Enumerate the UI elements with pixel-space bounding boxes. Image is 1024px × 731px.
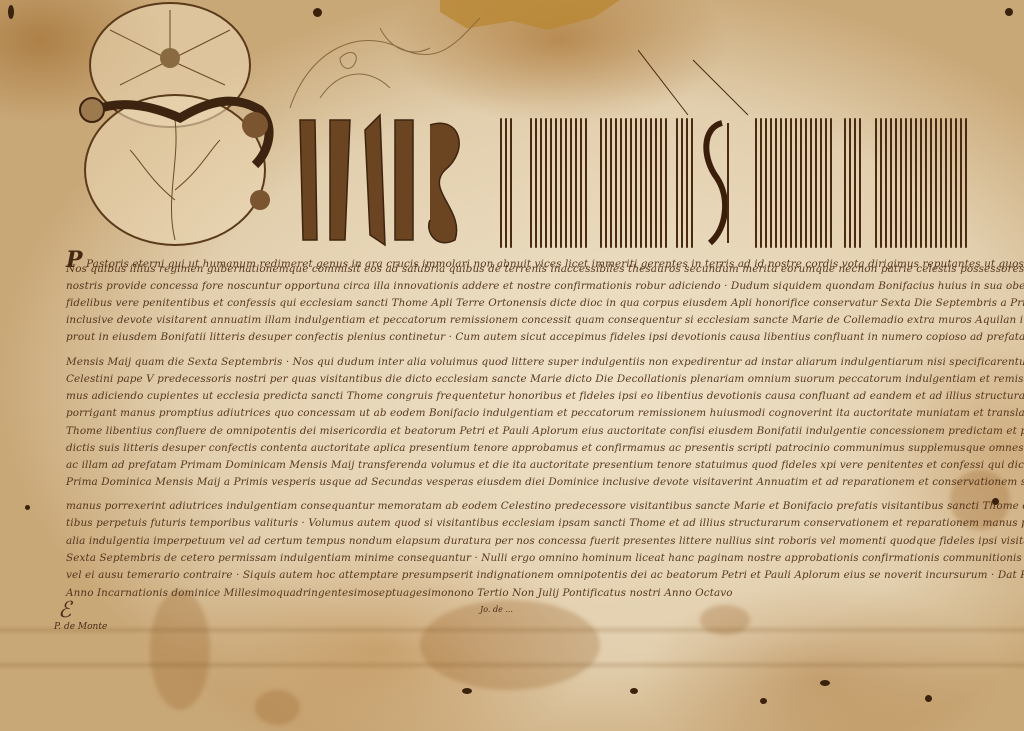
registration-note: ℰ P. de Monte <box>54 600 107 632</box>
worm-hole <box>925 695 932 702</box>
worm-hole <box>8 5 14 19</box>
decorated-s-icon <box>702 118 732 248</box>
text-line-15: manus porrexerint adiutrices indulgentia… <box>66 500 1024 512</box>
elongated-word-1 <box>500 118 512 248</box>
text-line-5: inclusive devote visitarent annuatim ill… <box>66 314 1024 326</box>
fold-line <box>0 660 1024 670</box>
gothic-capitals-icon <box>295 110 480 250</box>
text-line-6: prout in eiusdem Bonifatii litteris desu… <box>66 331 1024 343</box>
text-line-14: Prima Dominica Mensis Maij a Primis vesp… <box>66 476 1024 488</box>
text-line-11: Thome libentius confluere de omnipotenti… <box>66 425 1024 437</box>
worm-hole <box>462 688 472 694</box>
text-line-20: Anno Incarnationis dominice Millesimoqua… <box>66 587 733 599</box>
worm-hole <box>820 680 830 686</box>
filigree-icon <box>280 8 490 118</box>
text-line-3: nostris provide concessa fore noscuntur … <box>66 280 1024 292</box>
worm-hole <box>760 698 767 704</box>
text-line-4: fidelibus vere penitentibus et confessis… <box>66 297 1024 309</box>
water-stain <box>150 590 210 710</box>
water-stain <box>255 690 300 725</box>
elongated-word-4 <box>676 118 693 248</box>
worm-hole <box>1005 8 1013 16</box>
notary-note: Jo. de ... <box>480 605 513 614</box>
text-line-7: Mensis Maij quam die Sexta Septembris · … <box>66 356 1024 368</box>
elongated-word-3 <box>600 118 667 248</box>
worm-hole <box>630 688 638 694</box>
elongated-word-6 <box>755 118 832 248</box>
text-line-19: vel ei ausu temerario contraire · Siquis… <box>66 569 1024 581</box>
scribe-name: P. de Monte <box>54 622 107 632</box>
text-line-18: Sexta Septembris de cetero permissam ind… <box>66 552 1024 564</box>
text-line-8: Celestini pape V predecessoris nostri pe… <box>66 373 1024 385</box>
registration-mark: ℰ <box>58 600 107 622</box>
fold-line <box>0 625 1024 635</box>
elongated-word-7 <box>844 118 861 248</box>
text-line-12: dictis suis litteris desuper confectis c… <box>66 442 1024 454</box>
text-line-10: porrigant manus promptius adiutrices quo… <box>66 407 1024 419</box>
text-line-17: alia indulgentia imperpetuum vel ad cert… <box>66 535 1024 547</box>
elongated-word-2 <box>530 118 587 248</box>
illuminated-initial <box>60 0 300 250</box>
elongated-word-5 <box>702 118 732 248</box>
text-line-13: ac illam ad prefatam Primam Dominicam Me… <box>66 459 1024 471</box>
initial-b-icon <box>60 0 300 250</box>
filigree-ornament <box>280 8 490 118</box>
elongated-word-8 <box>875 118 967 248</box>
text-line-2: Nos quibus illius regimen gubernationemq… <box>66 263 1024 275</box>
worm-hole <box>25 505 30 510</box>
guide-strokes <box>638 50 758 120</box>
parchment-document: P Pastoris eterni qui ut humanum redimer… <box>0 0 1024 731</box>
text-line-9: mus adiciendo cupientes ut ecclesia pred… <box>66 390 1024 402</box>
heading-capitals <box>295 110 480 250</box>
text-line-16: tibus perpetuis futuris temporibus valit… <box>66 517 1024 529</box>
